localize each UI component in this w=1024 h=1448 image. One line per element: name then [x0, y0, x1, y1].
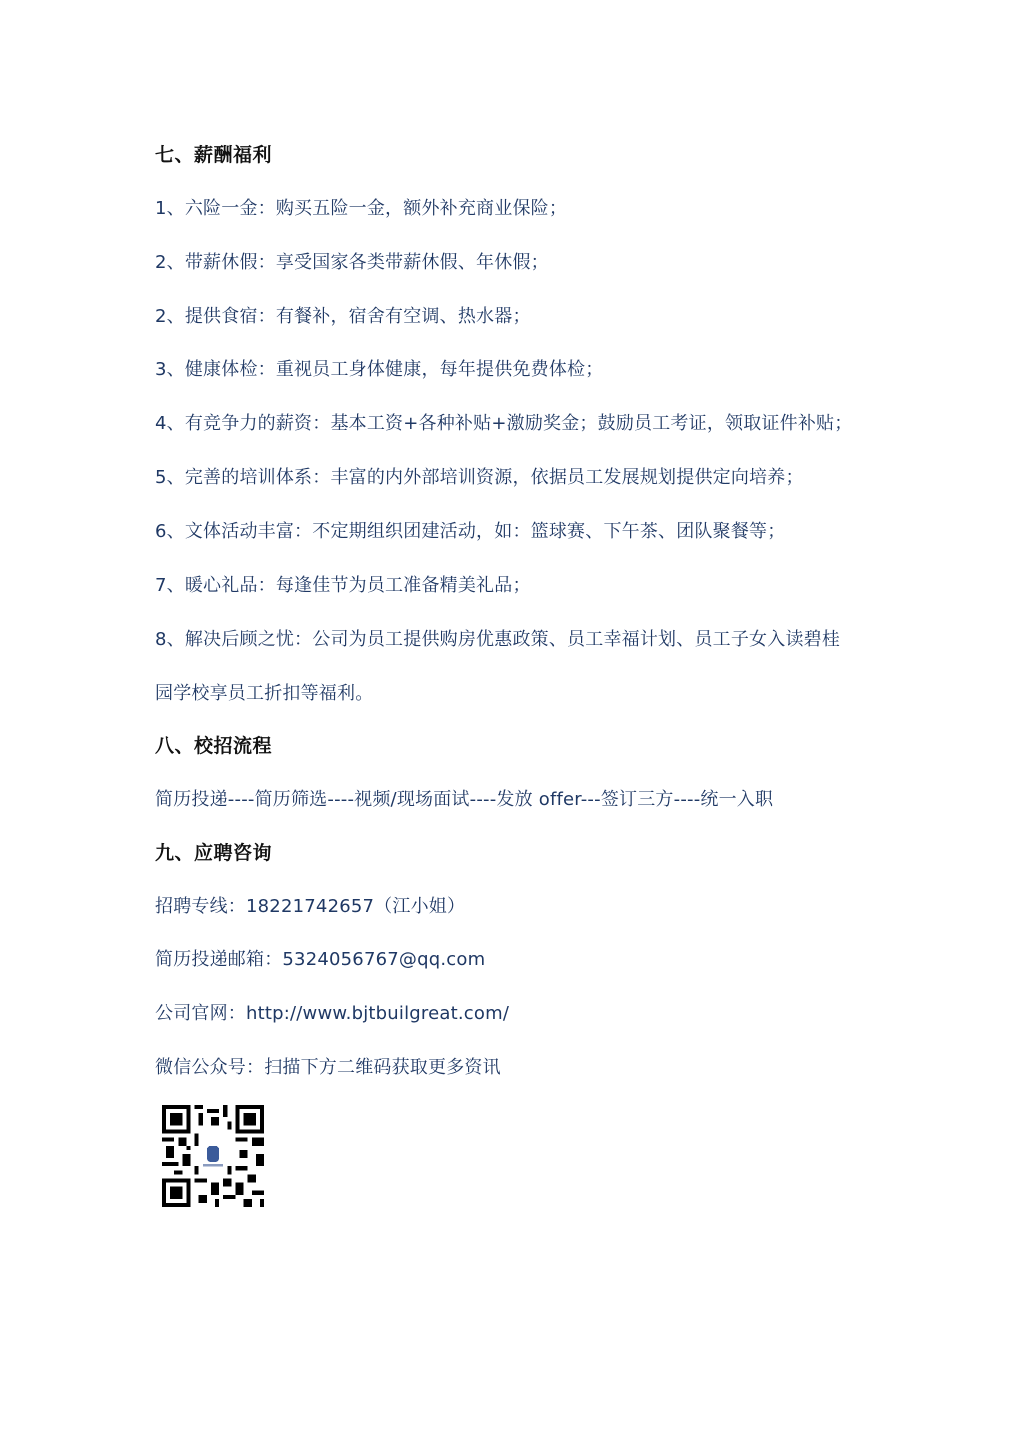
section-title-process: 八、校招流程: [155, 731, 272, 758]
section-title-benefits: 七、薪酬福利: [155, 140, 272, 167]
contact-email: 简历投递邮箱：5324056767@qq.com: [155, 945, 485, 971]
wechat-qr-code-icon: [162, 1105, 264, 1207]
contact-website: 公司官网：http://www.bjtbuilgreat.com/: [155, 999, 509, 1025]
contact-hotline: 招聘专线：18221742657（江小姐）: [155, 892, 465, 918]
benefit-item: 4、有竞争力的薪资：基本工资+各种补贴+激励奖金；鼓励员工考证，领取证件补贴；: [155, 409, 852, 435]
benefit-item: 7、暖心礼品：每逢佳节为员工准备精美礼品；: [155, 571, 531, 597]
benefit-item: 1、六险一金：购买五险一金，额外补充商业保险；: [155, 194, 567, 220]
benefit-item: 6、文体活动丰富：不定期组织团建活动，如：篮球赛、下午茶、团队聚餐等；: [155, 517, 785, 543]
benefit-item: 2、提供食宿：有餐补，宿舍有空调、热水器；: [155, 302, 531, 328]
benefit-item: 8、解决后顾之忧：公司为员工提供购房优惠政策、员工幸福计划、员工子女入读碧桂: [155, 625, 840, 651]
contact-wechat: 微信公众号：扫描下方二维码获取更多资讯: [155, 1053, 501, 1079]
benefit-item: 5、完善的培训体系：丰富的内外部培训资源，依据员工发展规划提供定向培养；: [155, 463, 804, 489]
section-title-contact: 九、应聘咨询: [155, 838, 272, 865]
document-page: 七、薪酬福利 1、六险一金：购买五险一金，额外补充商业保险； 2、带薪休假：享受…: [0, 0, 1024, 1448]
benefit-item: 3、健康体检：重视员工身体健康，每年提供免费体检；: [155, 355, 603, 381]
benefit-item-continued: 园学校享员工折扣等福利。: [155, 679, 373, 705]
recruitment-process-text: 简历投递----简历筛选----视频/现场面试----发放 offer---签订…: [155, 785, 773, 811]
benefit-item: 2、带薪休假：享受国家各类带薪休假、年休假；: [155, 248, 549, 274]
